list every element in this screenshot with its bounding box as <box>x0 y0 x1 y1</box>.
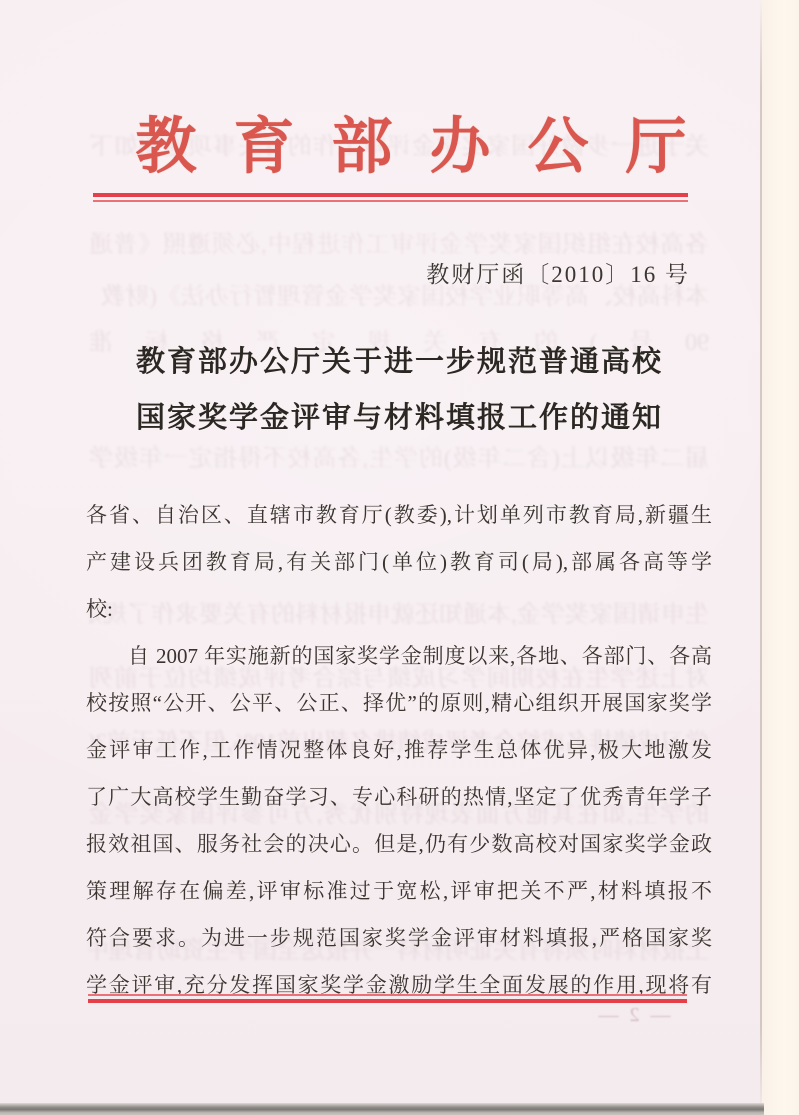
paper-right-edge <box>760 0 762 1115</box>
body-line: 金评审工作,工作情况整体良好,推荐学生总体优异,极大地激发 <box>86 727 712 774</box>
scanned-document-page: 关于进一步做好国家奖学金评审工作的有关事项通知如下 各高校在组织国家奖学金评审工… <box>0 0 799 1115</box>
bleedthrough-page-number: — 2 — <box>588 1004 678 1027</box>
body-line: 符合要求。为进一步规范国家奖学金评审材料填报,严格国家奖 <box>86 915 712 962</box>
body-line: 了广大高校学生勤奋学习、专心科研的热情,坚定了优秀青年学子 <box>86 774 712 821</box>
body-line: 校按照“公开、公平、公正、择优”的原则,精心组织开展国家奖学 <box>86 680 712 727</box>
body-line: 自 2007 年实施新的国家奖学金制度以来,各地、各部门、各高 <box>86 633 712 680</box>
footer-double-rule <box>88 994 687 1003</box>
salutation-line: 校: <box>86 586 712 633</box>
salutation-line: 各省、自治区、直辖市教育厅(教委),计划单列市教育局,新疆生 <box>86 492 712 539</box>
body-line: 报效祖国、服务社会的决心。但是,仍有少数高校对国家奖学金政 <box>86 821 712 868</box>
document-number: 教财厅函〔2010〕16 号 <box>0 256 690 289</box>
rule-thick-bar <box>88 999 687 1003</box>
document-title: 教育部办公厅关于进一步规范普通高校 国家奖学金评审与材料填报工作的通知 <box>0 334 799 446</box>
salutation-line: 产建设兵团教育局,有关部门(单位)教育司(局),部属各高等学 <box>86 539 712 586</box>
letterhead-double-rule <box>93 193 688 202</box>
rule-thin-bar <box>93 200 688 202</box>
paper-bottom-edge-shadow <box>0 1103 764 1115</box>
body-line: 策理解存在偏差,评审标准过于宽松,评审把关不严,材料填报不 <box>86 868 712 915</box>
document-title-line1: 教育部办公厅关于进一步规范普通高校 <box>0 334 799 390</box>
bleedthrough-line: 届二年级以上(含二年级)的学生,各高校不得指定一年级学 <box>89 444 709 474</box>
document-body: 各省、自治区、直辖市教育厅(教委),计划单列市教育局,新疆生 产建设兵团教育局,… <box>86 492 712 1009</box>
letterhead-agency-name: 教育部办公厅 <box>0 98 799 185</box>
document-title-line2: 国家奖学金评审与材料填报工作的通知 <box>0 390 799 446</box>
scan-right-margin-strip <box>762 0 799 1115</box>
